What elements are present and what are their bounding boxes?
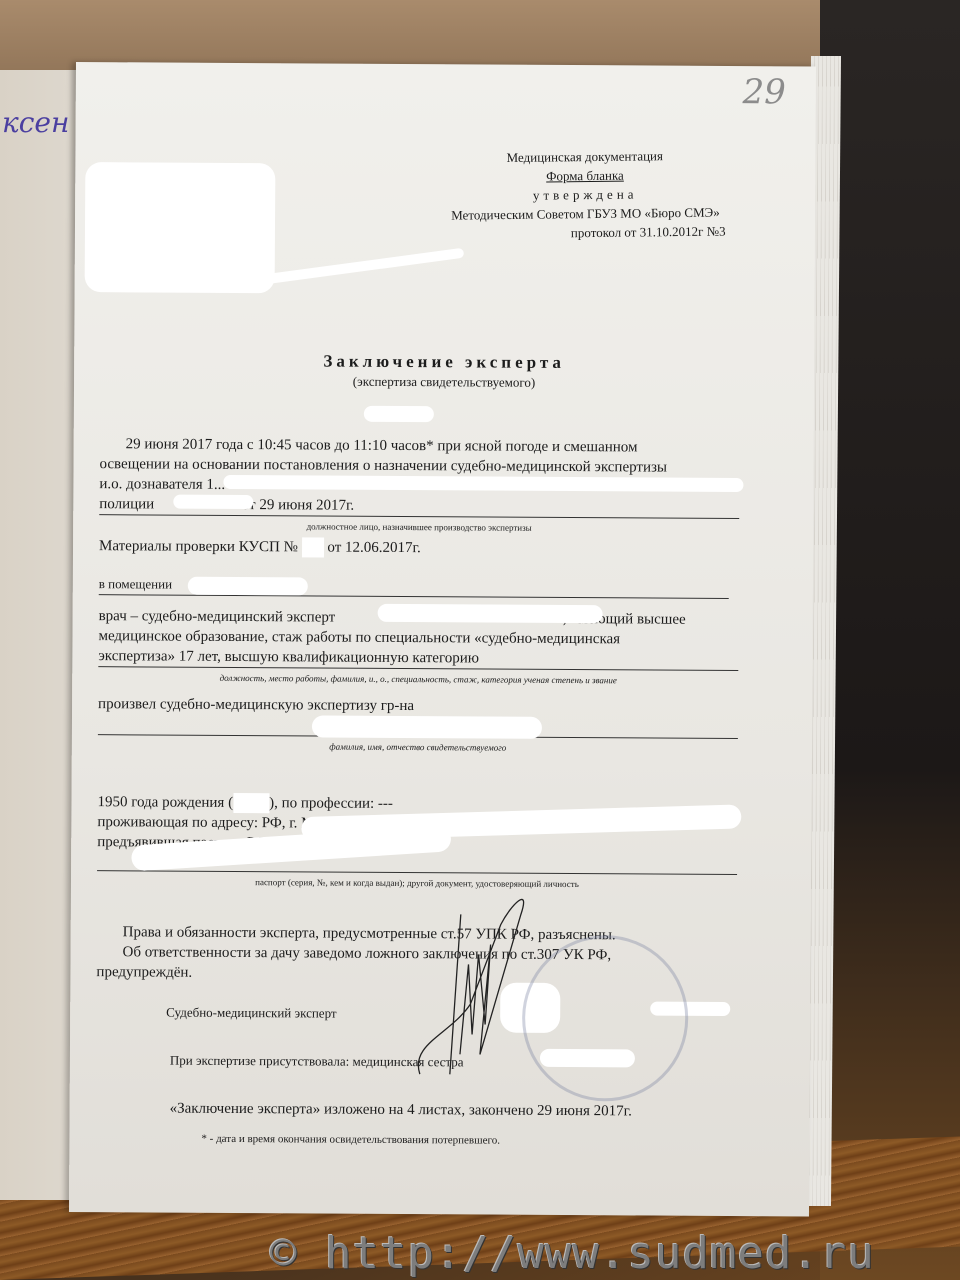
dark-surface bbox=[820, 0, 960, 1280]
redacted-area bbox=[188, 577, 308, 596]
document-title: Заключение эксперта bbox=[74, 350, 814, 375]
redacted-area bbox=[173, 495, 253, 509]
watermark: © http://www.sudmed.ru bbox=[270, 1228, 875, 1279]
redacted-area bbox=[364, 406, 434, 422]
page-number: 29 bbox=[742, 72, 786, 112]
document-subtitle: (экспертиза свидетельствуемого) bbox=[74, 372, 814, 393]
document-page: 29 Медицинская документация Форма бланка… bbox=[69, 62, 816, 1216]
field-caption: фамилия, имя, отчество свидетельствуемог… bbox=[98, 735, 738, 759]
redacted-area bbox=[85, 162, 276, 293]
text-line: произвел судебно-медицинскую экспертизу … bbox=[98, 694, 738, 718]
field-caption: должность, место работы, фамилия, и., о.… bbox=[98, 667, 738, 691]
redacted-area bbox=[312, 715, 542, 738]
redacted-area bbox=[378, 604, 603, 623]
text-line: экспертиза» 17 лет, высшую квалификацион… bbox=[98, 646, 738, 671]
stamp bbox=[522, 935, 689, 1102]
materials-line: Материалы проверки КУСП № от 12.06.2017г… bbox=[99, 536, 739, 560]
approval-block: Медицинская документация Форма бланка ут… bbox=[445, 146, 726, 244]
approval-protocol: протокол от 31.10.2012г №3 bbox=[446, 222, 726, 244]
conclusion-line: «Заключение эксперта» изложено на 4 лист… bbox=[170, 1099, 810, 1123]
document-title-block: Заключение эксперта (экспертиза свидетел… bbox=[74, 350, 814, 393]
handwritten-note: ксен bbox=[2, 106, 69, 139]
footnote: * - дата и время окончания освидетельств… bbox=[201, 1129, 841, 1153]
signature bbox=[410, 884, 541, 1085]
field-caption: должностное лицо, назначившее производст… bbox=[99, 515, 739, 539]
